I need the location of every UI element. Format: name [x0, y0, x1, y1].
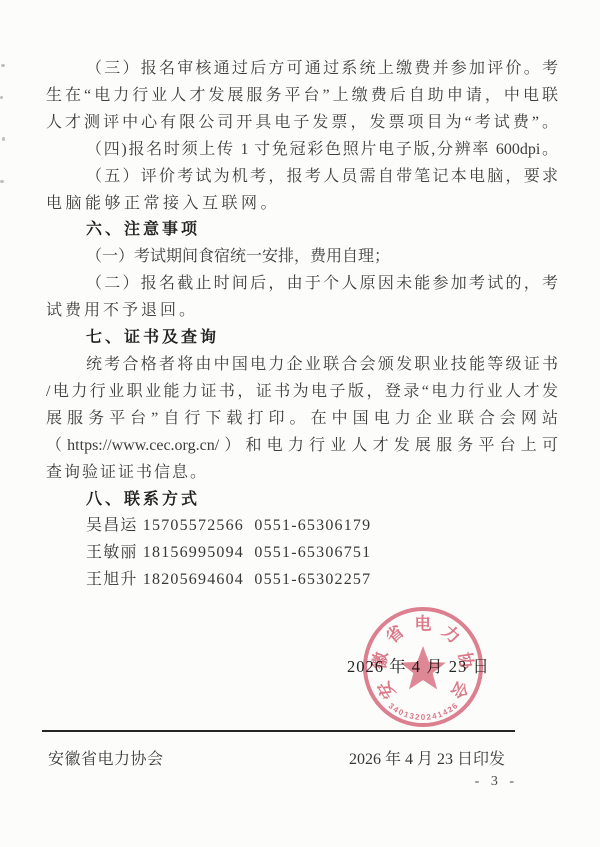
document-body: （三）报名审核通过后方可通过系统上缴费并参加评价。考生在“电力行业人才发展服务平…	[46, 0, 558, 594]
page-number: - 3 -	[475, 774, 518, 790]
scan-speck	[0, 96, 3, 99]
svg-text:会: 会	[447, 678, 473, 703]
official-seal: 安徽省电力协会3401320241426	[343, 587, 503, 747]
svg-text:0: 0	[421, 713, 426, 722]
body-line: 人才测评中心有限公司开具电子发票，发票项目为“考试费”。	[46, 110, 558, 137]
body-line: （二）报名截止时间后，由于个人原因未能参加考试的，考	[86, 271, 558, 298]
scan-speck	[2, 137, 5, 141]
scan-speck	[1, 64, 5, 67]
section-heading: 六、注意事项	[86, 217, 558, 244]
svg-text:电: 电	[415, 614, 432, 634]
footer-divider	[42, 730, 515, 732]
body-line: 统考合格者将由中国电力企业联合会颁发职业技能等级证书	[86, 352, 558, 379]
scan-speck	[0, 180, 4, 183]
body-line: 试费用不予退回。	[46, 298, 558, 325]
body-line: 电脑能够正常接入互联网。	[46, 191, 558, 218]
document-page: （三）报名审核通过后方可通过系统上缴费并参加评价。考生在“电力行业人才发展服务平…	[0, 0, 600, 847]
body-line: （五）评价考试为机考，报考人员需自带笔记本电脑，要求	[86, 164, 558, 191]
body-line: /电力行业职业能力证书，证书为电子版，登录“电力行业人才发	[46, 379, 558, 406]
footer-organization: 安徽省电力协会	[48, 746, 164, 769]
footer-issue-date: 2026 年 4 月 23 日印发	[349, 746, 505, 769]
contact-line: 王敏丽 18156995094 0551-65306751	[86, 540, 558, 567]
body-line: 生在“电力行业人才发展服务平台”上缴费后自助申请，中电联	[46, 83, 558, 110]
svg-text:安: 安	[373, 678, 399, 703]
body-line: 展服务平台”自行下载打印。在中国电力企业联合会网站	[46, 406, 558, 433]
seal-graphic: 安徽省电力协会3401320241426	[343, 587, 503, 747]
body-line: （四)报名时须上传 1 寸免冠彩色照片电子版,分辨率 600dpi。	[86, 137, 558, 164]
body-line: （https://www.cec.org.cn/）和电力行业人才发展服务平台上可	[46, 433, 558, 460]
body-line: （一）考试期间食宿统一安排，费用自理；	[86, 244, 558, 271]
svg-text:徽: 徽	[369, 651, 391, 671]
contact-line: 吴昌运 15705572566 0551-65306179	[86, 513, 558, 540]
body-line: （三）报名审核通过后方可通过系统上缴费并参加评价。考	[86, 56, 558, 83]
body-line: 查询验证证书信息。	[46, 460, 558, 487]
section-heading: 八、联系方式	[86, 487, 558, 514]
svg-text:协: 协	[455, 651, 477, 672]
section-heading: 七、证书及查询	[86, 325, 558, 352]
svg-text:2: 2	[415, 712, 421, 722]
